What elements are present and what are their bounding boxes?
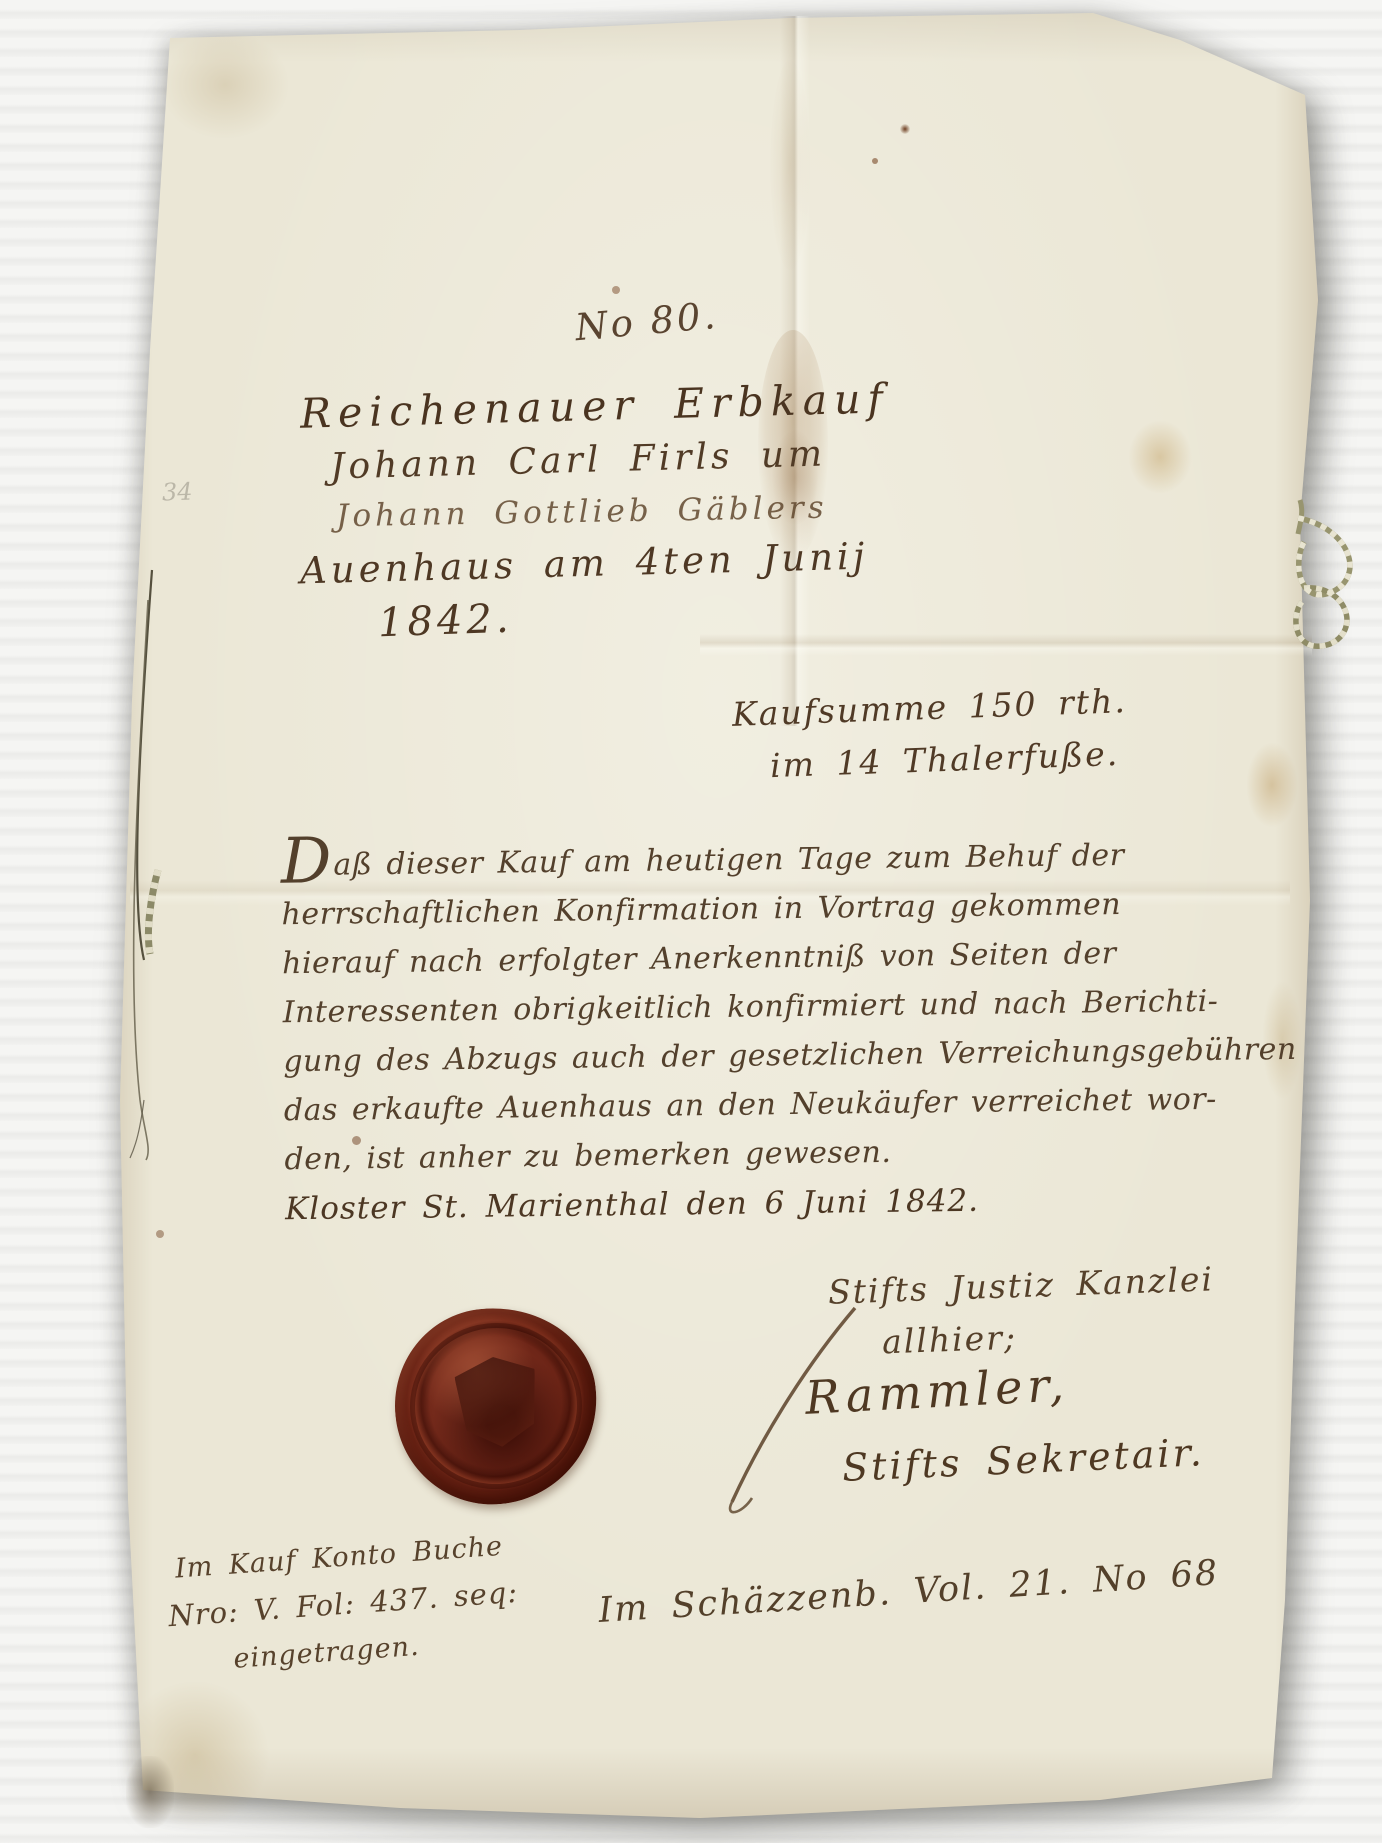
registry-note: Im Kauf Konto Buche Nro: V. Fol: 437. se…: [164, 1522, 523, 1687]
binding-cord-right: [1270, 480, 1382, 700]
thread-strand: [134, 600, 149, 1160]
title-line-year: 1842.: [377, 596, 513, 647]
signature-office-line: allhier;: [881, 1318, 1017, 1362]
body-line: das erkaufte Auenhaus an den Neukäufer v…: [284, 1076, 1145, 1136]
photo-of-document: 34 No 80. Reichenauer Erbkauf Johann Car…: [0, 0, 1382, 1843]
binding-threads-left: [100, 540, 220, 1180]
decorated-initial: D: [280, 824, 333, 898]
dateline: Kloster St. Marienthal den 6 Juni 1842.: [285, 1174, 1146, 1235]
body-paragraph: Daß dieser Kauf am heutigen Tage zum Beh…: [281, 831, 1146, 1234]
margin-pencil-number: 34: [162, 477, 194, 506]
